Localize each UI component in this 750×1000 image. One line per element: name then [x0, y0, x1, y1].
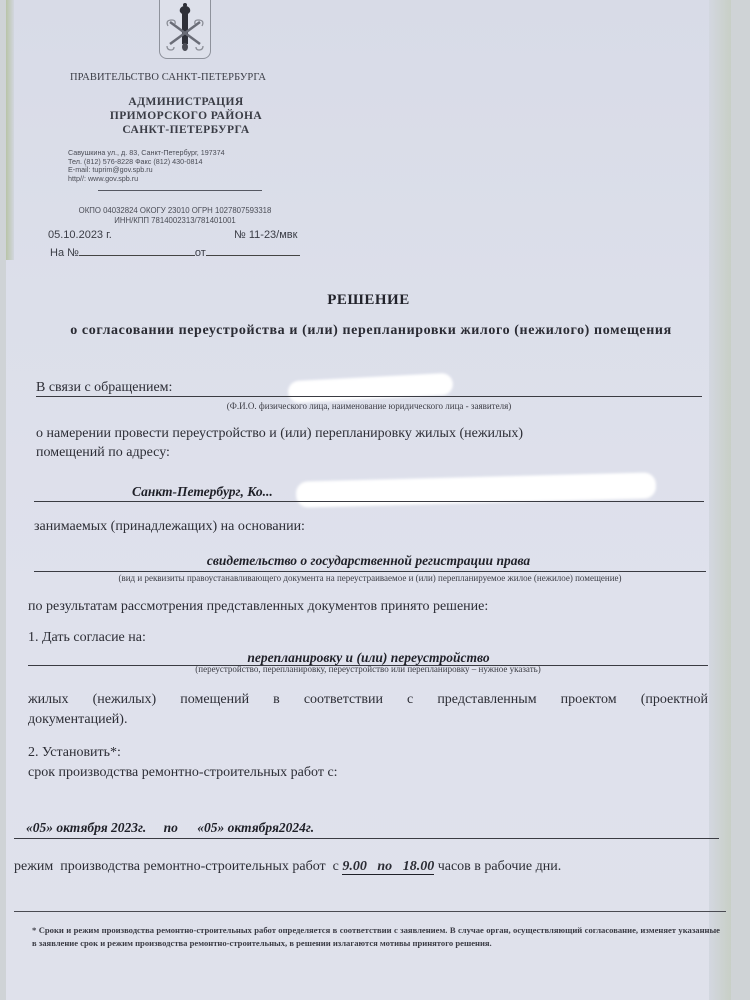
item1-continuation-end: документацией). [28, 712, 127, 728]
schedule-hours: 9.00 по 18.00 [342, 859, 434, 875]
page-subtitle: о согласовании переустройства и (или) пе… [26, 321, 716, 341]
decision-intro: по результатам рассмотрения представленн… [28, 599, 488, 615]
ref-number-blank [79, 245, 195, 256]
header-divider [98, 190, 262, 191]
administration-line: ПРИМОРСКОГО РАЙОНА [76, 109, 296, 123]
redaction-mark [296, 472, 657, 507]
address-field-line [34, 501, 704, 502]
reference-line: На №от [50, 245, 300, 259]
applicant-hint: (Ф.И.О. физического лица, наименование ю… [36, 401, 702, 411]
page-edge-left [6, 0, 14, 260]
government-name: ПРАВИТЕЛЬСТВО САНКТ-ПЕТЕРБУРГА [68, 72, 268, 83]
item1-label: 1. Дать согласие на: [28, 630, 146, 646]
contact-block: Савушкина ул., д. 83, Санкт-Петербург, 1… [68, 149, 308, 183]
document-number: № 11-23/мвк [234, 229, 297, 241]
administration-line: АДМИНИСТРАЦИЯ [76, 95, 296, 109]
administration-name: АДМИНИСТРАЦИЯ ПРИМОРСКОГО РАЙОНА САНКТ-П… [76, 95, 296, 137]
page-edge-right [709, 0, 731, 1000]
footnote-divider [14, 911, 726, 912]
basis-value: свидетельство о государственной регистра… [6, 553, 731, 569]
period-to-word: по [164, 820, 178, 835]
basis-hint: (вид и реквизиты правоустанавливающего д… [34, 573, 706, 583]
document-page: ПРАВИТЕЛЬСТВО САНКТ-ПЕТЕРБУРГА АДМИНИСТР… [6, 0, 731, 1000]
ref-number-label: На № [50, 247, 79, 259]
schedule-prefix: режим производства ремонтно-строительных… [14, 859, 339, 874]
registry-codes: ОКПО 04032824 ОКОГУ 23010 ОГРН 102780759… [50, 206, 300, 226]
coat-of-arms-icon [159, 0, 211, 59]
schedule-to-word: по [377, 859, 392, 874]
address-value: Санкт-Петербург, Ко... [132, 484, 273, 500]
item1-continuation: жилых (нежилых) помещений в соответствии… [28, 692, 708, 708]
page-title: РЕШЕНИЕ [6, 292, 731, 309]
ref-date-blank [206, 245, 300, 256]
item1-hint: (переустройство, перепланировку, переуст… [28, 664, 708, 674]
redaction-mark [288, 373, 454, 404]
inn-kpp-line: ИНН/КПП 7814002313/781401001 [50, 216, 300, 226]
period-label: срок производства ремонтно-строительных … [28, 765, 338, 781]
schedule-line: режим производства ремонтно-строительных… [14, 859, 561, 875]
schedule-suffix: часов в рабочие дни. [438, 859, 562, 874]
period-from: «05» октября 2023г. [26, 820, 146, 835]
basis-field-line [34, 571, 706, 572]
item2-label: 2. Установить*: [28, 745, 121, 761]
period-value: «05» октября 2023г. по «05» октября2024г… [26, 820, 314, 836]
applicant-label: В связи с обращением: [36, 380, 172, 396]
footnote: * Сроки и режим производства ремонтно-ст… [32, 924, 720, 950]
intent-text: о намерении провести переустройство и (и… [36, 424, 536, 462]
period-field-line [14, 838, 719, 839]
document-date: 05.10.2023 г. [48, 229, 112, 241]
basis-label: занимаемых (принадлежащих) на основании: [34, 519, 305, 535]
schedule-to: 18.00 [403, 859, 435, 874]
codes-line: ОКПО 04032824 ОКОГУ 23010 ОГРН 102780759… [50, 206, 300, 216]
administration-line: САНКТ-ПЕТЕРБУРГА [76, 123, 296, 137]
applicant-field-line [36, 396, 702, 397]
period-to: «05» октября2024г. [197, 820, 314, 835]
schedule-from: 9.00 [342, 859, 367, 874]
ref-from-label: от [195, 247, 206, 259]
contact-website[interactable]: http//: www.gov.spb.ru [68, 175, 308, 184]
